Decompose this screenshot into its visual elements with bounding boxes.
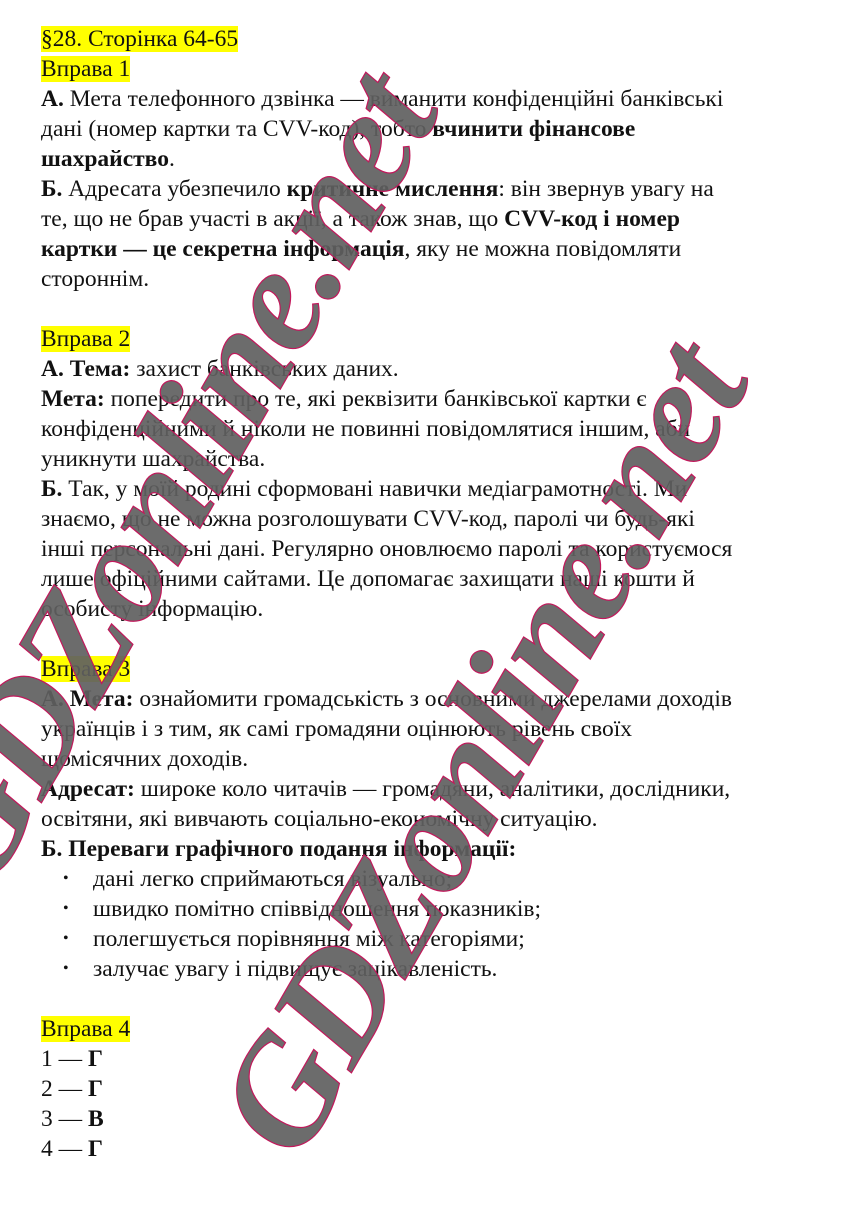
answer-a-line: А. Мета телефонного дзвінка — виманити к… [41,84,821,114]
exercise-title: Вправа 3 [41,656,130,682]
list-item: швидко помітно співвідношення показників… [41,894,821,924]
audience-line: освітяни, які вивчають соціально-економі… [41,804,821,834]
answer-row: 4 — Г [41,1134,821,1164]
answer-b-line: Б. Так, у моїй родині сформовані навички… [41,474,821,504]
answer-b-line: знаємо, що не можна розголошувати CVV-ко… [41,504,821,534]
list-item: полегшується порівняння між категоріями; [41,924,821,954]
answer-row: 1 — Г [41,1044,821,1074]
answer-row: 2 — Г [41,1074,821,1104]
answer-b-line: особисту інформацію. [41,594,821,624]
list-item: залучає увагу і підвищує зацікавленість. [41,954,821,984]
exercise-1: Вправа 1 А. Мета телефонного дзвінка — в… [41,54,821,294]
answer-b-line: картки — це секретна інформація, яку не … [41,234,821,264]
goal-line: конфіденційними й ніколи не повинні пові… [41,414,821,444]
answer-b-line: лише офіційними сайтами. Це допомагає за… [41,564,821,594]
exercise-title: Вправа 1 [41,56,130,82]
answer-a-line: дані (номер картки та CVV-код), тобто вч… [41,114,821,144]
answer-a-line: українців і з тим, як самі громадяни оці… [41,714,821,744]
answer-a-line: А. Тема: захист банківських даних. [41,354,821,384]
exercise-title: Вправа 2 [41,326,130,352]
answer-b-line: інші персональні дані. Регулярно оновлює… [41,534,821,564]
answer-a-line: шахрайство. [41,144,821,174]
advantages-list: дані легко сприймаються візуально; швидк… [41,864,821,984]
document-page: §28. Сторінка 64-65 Вправа 1 А. Мета тел… [41,24,821,1164]
exercise-2: Вправа 2 А. Тема: захист банківських дан… [41,324,821,624]
answer-row: 3 — В [41,1104,821,1134]
answer-b-line: стороннім. [41,264,821,294]
audience-line: Адресат: широке коло читачів — громадяни… [41,774,821,804]
answer-b-line: те, що не брав участі в акції, а також з… [41,204,821,234]
section-title: §28. Сторінка 64-65 [41,26,238,52]
list-item: дані легко сприймаються візуально; [41,864,821,894]
goal-line: уникнути шахрайства. [41,444,821,474]
answer-b-line: Б. Адресата убезпечило критичне мислення… [41,174,821,204]
exercise-3: Вправа 3 А. Мета: ознайомити громадськіс… [41,654,821,984]
goal-line: Мета: попередити про те, які реквізити б… [41,384,821,414]
answer-a-line: А. Мета: ознайомити громадськість з осно… [41,684,821,714]
exercise-4: Вправа 4 1 — Г 2 — Г 3 — В 4 — Г [41,1014,821,1164]
answer-a-line: щомісячних доходів. [41,744,821,774]
exercise-title: Вправа 4 [41,1016,130,1042]
answer-b-heading: Б. Переваги графічного подання інформаці… [41,836,516,862]
